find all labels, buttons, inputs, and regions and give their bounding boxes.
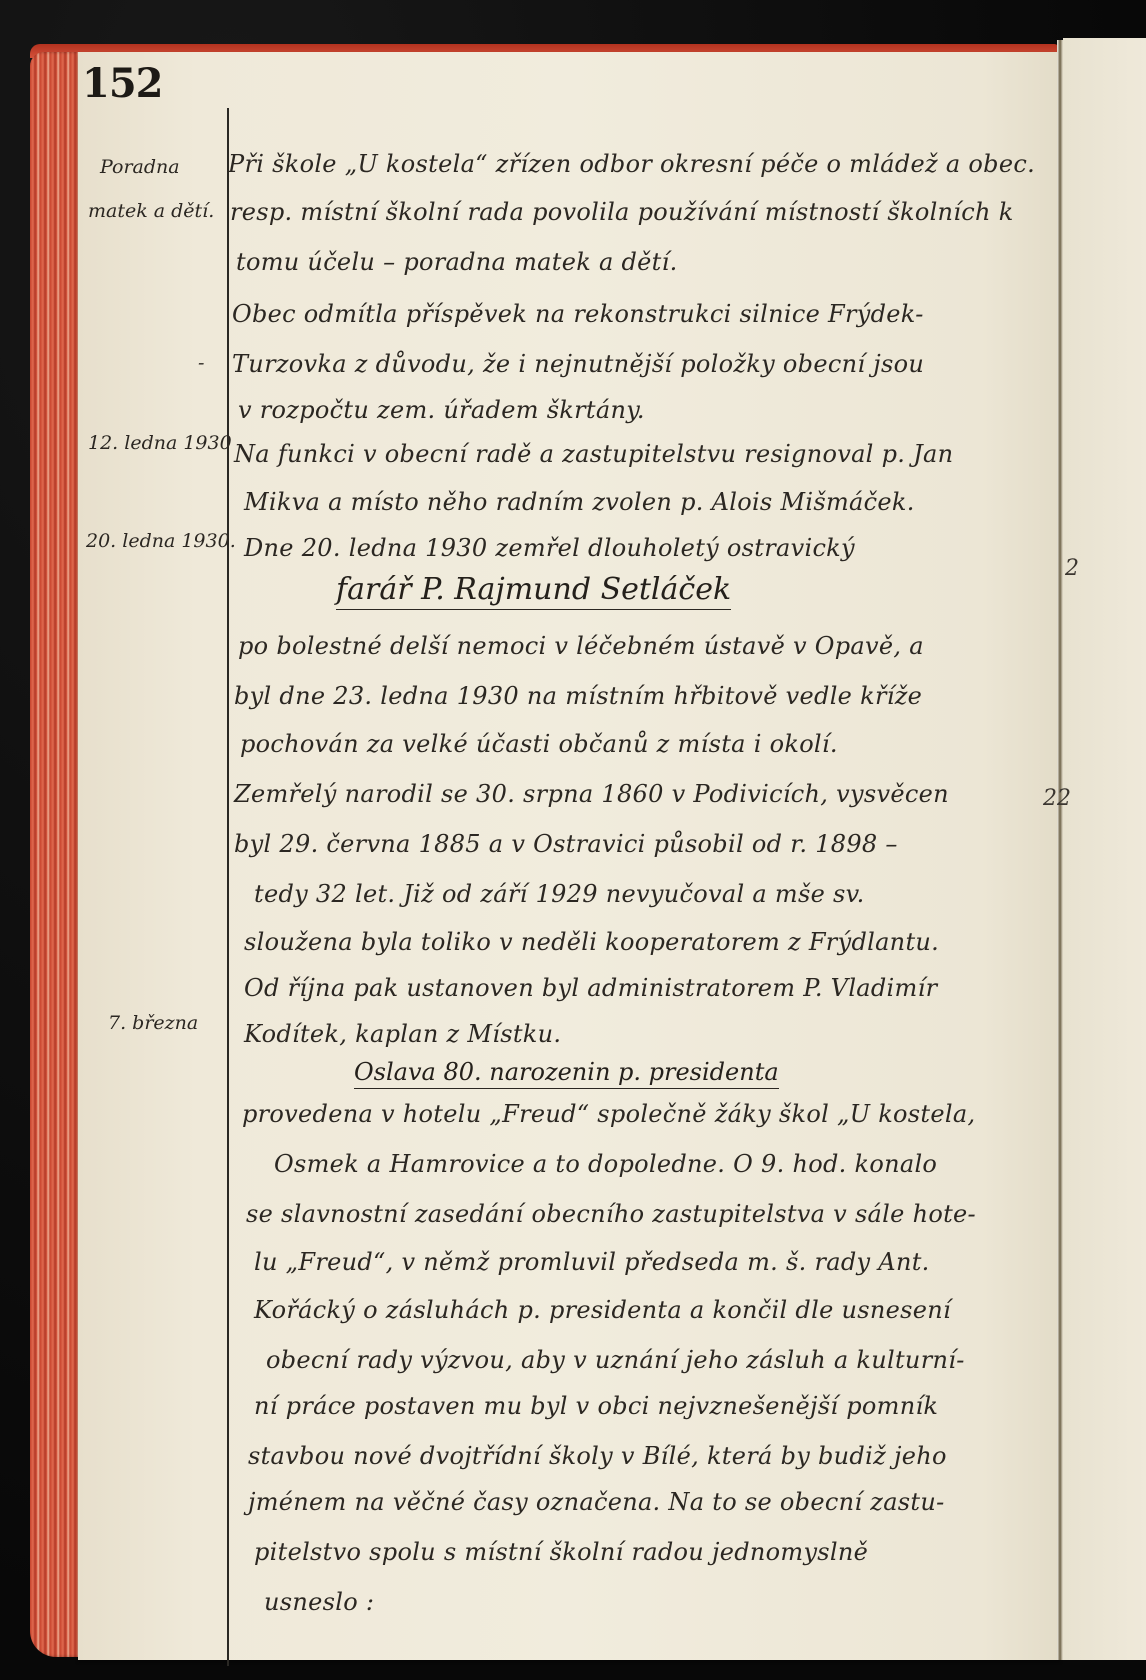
- text-line: Turzovka z důvodu, že i nejnutnější polo…: [232, 350, 924, 378]
- text-line: Při škole „U kostela“ zřízen odbor okres…: [228, 150, 1035, 178]
- margin-note-dash: -: [198, 352, 204, 374]
- margin-note-poradna-line1: Poradna: [100, 156, 180, 178]
- text-line: byl dne 23. ledna 1930 na místním hřbito…: [234, 682, 922, 710]
- text-line: usneslo :: [264, 1588, 374, 1616]
- text-line: Dne 20. ledna 1930 zemřel dlouholetý ost…: [244, 534, 855, 562]
- text-line: lu „Freud“, v němž promluvil předseda m.…: [254, 1248, 930, 1276]
- text-line: Obec odmítla příspěvek na rekonstrukci s…: [232, 300, 924, 328]
- margin-rule: [227, 108, 229, 1666]
- margin-note-date-20-ledna: 20. ledna 1930.: [86, 530, 236, 552]
- text-line: ní práce postaven mu byl v obci nejvzneš…: [254, 1392, 938, 1420]
- text-line: pitelstvo spolu s místní školní radou je…: [254, 1538, 868, 1566]
- margin-note-date-12-ledna: 12. ledna 1930: [88, 432, 232, 454]
- heading-obituary: farář P. Rajmund Setláček: [336, 572, 731, 610]
- text-line: sloužena byla toliko v neděli kooperator…: [244, 928, 939, 956]
- text-line: resp. místní školní rada povolila použív…: [230, 198, 1014, 226]
- text-line: po bolestné delší nemoci v léčebném ústa…: [238, 632, 924, 660]
- text-line: tomu účelu – poradna matek a dětí.: [236, 248, 678, 276]
- text-line: jménem na věčné časy označena. Na to se …: [248, 1488, 945, 1516]
- margin-note-date-7-brezna: 7. března: [108, 1012, 198, 1034]
- text-line: Na funkci v obecní radě a zastupitelstvu…: [234, 440, 953, 468]
- text-line: stavbou nové dvojtřídní školy v Bílé, kt…: [248, 1442, 947, 1470]
- text-line: v rozpočtu zem. úřadem škrtány.: [238, 396, 645, 424]
- text-line: Od října pak ustanoven byl administrator…: [244, 974, 937, 1002]
- text-line: Zemřelý narodil se 30. srpna 1860 v Podi…: [234, 780, 949, 808]
- text-line: byl 29. června 1885 a v Ostravici působi…: [234, 830, 898, 858]
- text-line: se slavnostní zasedání obecního zastupit…: [246, 1200, 976, 1228]
- margin-note-poradna-line2: matek a dětí.: [88, 200, 214, 222]
- text-line: obecní rady výzvou, aby v uznání jeho zá…: [266, 1346, 965, 1374]
- heading-celebration: Oslava 80. narozenin p. presidenta: [354, 1058, 779, 1089]
- text-line: pochován za velké účasti občanů z místa …: [240, 730, 838, 758]
- text-line: Kodítek, kaplan z Místku.: [244, 1020, 561, 1048]
- ledger-page: 152 Poradna matek a dětí. - 12. ledna 19…: [78, 52, 1060, 1660]
- text-line: Kořácký o zásluhách p. presidenta a konč…: [254, 1296, 951, 1324]
- text-line: tedy 32 let. Již od září 1929 nevyučoval…: [254, 880, 865, 908]
- text-line: Mikva a místo něho radním zvolen p. Aloi…: [244, 488, 915, 516]
- text-line: Osmek a Hamrovice a to dopoledne. O 9. h…: [274, 1150, 937, 1178]
- page-number: 152: [82, 60, 163, 107]
- facing-page: 2 22: [1063, 38, 1146, 1660]
- facing-page-fragment: 22: [1043, 786, 1071, 811]
- text-line: provedena v hotelu „Freud“ společně žáky…: [242, 1100, 975, 1128]
- facing-page-fragment: 2: [1065, 556, 1079, 581]
